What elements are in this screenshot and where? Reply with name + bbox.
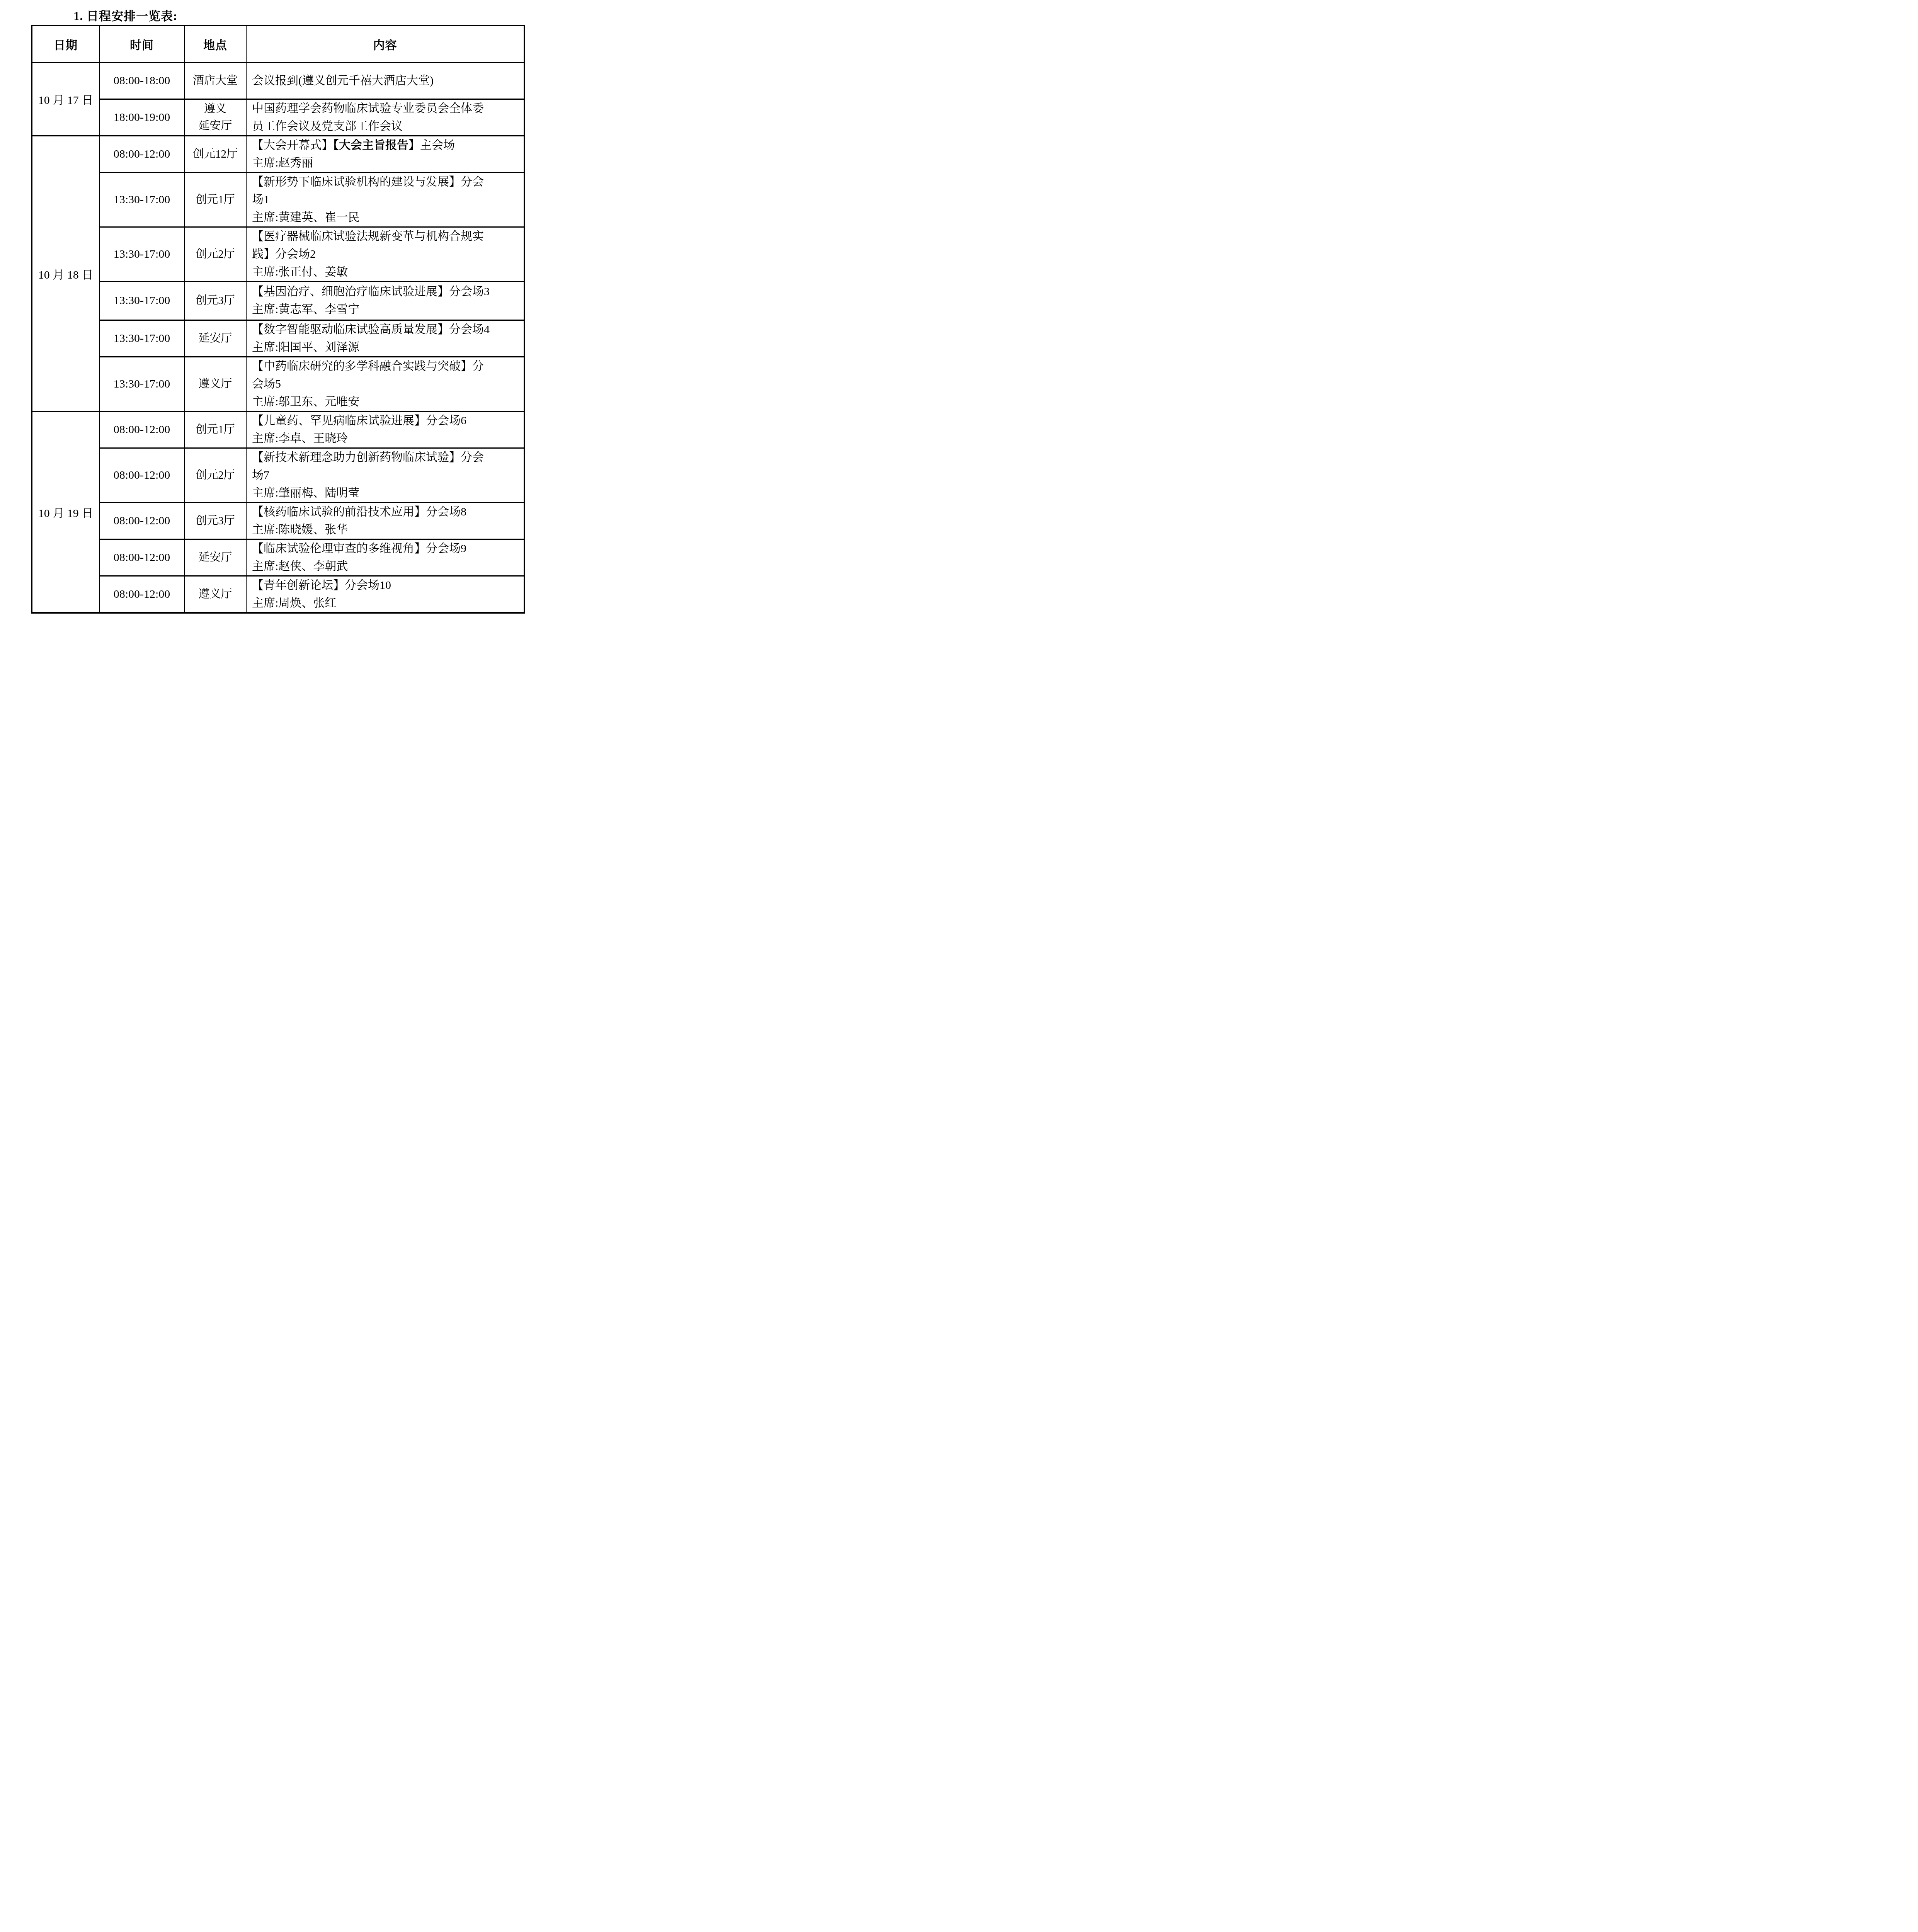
content-cell: 【数字智能驱动临床试验高质量发展】分会场4 主席:阳国平、刘泽源 <box>246 320 524 357</box>
location-cell: 遵义厅 <box>184 357 246 411</box>
table-row: 08:00-12:00 创元3厅 【核药临床试验的前沿技术应用】分会场8 主席:… <box>32 502 524 539</box>
table-row: 10 月 17 日 08:00-18:00 酒店大堂 会议报到(遵义创元千禧大酒… <box>32 62 524 99</box>
header-location: 地点 <box>184 26 246 62</box>
time-cell: 13:30-17:00 <box>99 320 184 357</box>
location-cell: 延安厅 <box>184 320 246 357</box>
content-cell: 【新形势下临床试验机构的建设与发展】分会 场1 主席:黄建英、崔一民 <box>246 172 524 227</box>
table-row: 13:30-17:00 创元1厅 【新形势下临床试验机构的建设与发展】分会 场1… <box>32 172 524 227</box>
location-cell: 创元1厅 <box>184 172 246 227</box>
content-cell: 【儿童药、罕见病临床试验进展】分会场6 主席:李卓、王晓玲 <box>246 411 524 448</box>
location-cell: 遵义 延安厅 <box>184 99 246 136</box>
date-cell-oct19: 10 月 19 日 <box>32 411 99 613</box>
time-cell: 13:30-17:00 <box>99 227 184 281</box>
content-cell: 中国药理学会药物临床试验专业委员会全体委 员工作会议及党支部工作会议 <box>246 99 524 136</box>
location-cell: 延安厅 <box>184 539 246 576</box>
time-cell: 13:30-17:00 <box>99 357 184 411</box>
time-cell: 08:00-18:00 <box>99 62 184 99</box>
header-date: 日期 <box>32 26 99 62</box>
time-cell: 08:00-12:00 <box>99 576 184 613</box>
content-cell: 【临床试验伦理审查的多维视角】分会场9 主席:赵侠、李朝武 <box>246 539 524 576</box>
header-time: 时间 <box>99 26 184 62</box>
table-row: 13:30-17:00 创元3厅 【基因治疗、细胞治疗临床试验进展】分会场3 主… <box>32 281 524 320</box>
time-cell: 08:00-12:00 <box>99 502 184 539</box>
table-row: 08:00-12:00 遵义厅 【青年创新论坛】分会场10 主席:周焕、张红 <box>32 576 524 613</box>
location-cell: 创元1厅 <box>184 411 246 448</box>
location-cell: 创元3厅 <box>184 281 246 320</box>
content-cell: 【核药临床试验的前沿技术应用】分会场8 主席:陈晓媛、张华 <box>246 502 524 539</box>
time-cell: 13:30-17:00 <box>99 172 184 227</box>
table-row: 13:30-17:00 创元2厅 【医疗器械临床试验法规新变革与机构合规实 践】… <box>32 227 524 281</box>
content-cell: 会议报到(遵义创元千禧大酒店大堂) <box>246 62 524 99</box>
table-row: 10 月 19 日 08:00-12:00 创元1厅 【儿童药、罕见病临床试验进… <box>32 411 524 448</box>
content-cell: 【青年创新论坛】分会场10 主席:周焕、张红 <box>246 576 524 613</box>
time-cell: 08:00-12:00 <box>99 539 184 576</box>
document-page: 1. 日程安排一览表: 日期 时间 地点 内容 10 月 17 日 08:00-… <box>0 0 528 614</box>
content-text: 【大会开幕式】 <box>252 139 333 151</box>
time-cell: 08:00-12:00 <box>99 136 184 172</box>
table-header-row: 日期 时间 地点 内容 <box>32 26 524 62</box>
date-cell-oct17: 10 月 17 日 <box>32 62 99 136</box>
content-cell: 【大会开幕式】【大会主旨报告】主会场 主席:赵秀丽 <box>246 136 524 172</box>
time-cell: 13:30-17:00 <box>99 281 184 320</box>
table-row: 08:00-12:00 延安厅 【临床试验伦理审查的多维视角】分会场9 主席:赵… <box>32 539 524 576</box>
location-cell: 创元12厅 <box>184 136 246 172</box>
content-cell: 【医疗器械临床试验法规新变革与机构合规实 践】分会场2 主席:张正付、姜敏 <box>246 227 524 281</box>
header-content: 内容 <box>246 26 524 62</box>
time-cell: 08:00-12:00 <box>99 411 184 448</box>
page-title: 1. 日程安排一览表: <box>0 0 528 19</box>
table-row: 13:30-17:00 遵义厅 【中药临床研究的多学科融合实践与突破】分 会场5… <box>32 357 524 411</box>
location-cell: 创元2厅 <box>184 448 246 502</box>
time-cell: 18:00-19:00 <box>99 99 184 136</box>
time-cell: 08:00-12:00 <box>99 448 184 502</box>
table-row: 10 月 18 日 08:00-12:00 创元12厅 【大会开幕式】【大会主旨… <box>32 136 524 172</box>
schedule-table: 日期 时间 地点 内容 10 月 17 日 08:00-18:00 酒店大堂 会… <box>31 25 525 614</box>
date-cell-oct18: 10 月 18 日 <box>32 136 99 411</box>
table-row: 13:30-17:00 延安厅 【数字智能驱动临床试验高质量发展】分会场4 主席… <box>32 320 524 357</box>
content-cell: 【中药临床研究的多学科融合实践与突破】分 会场5 主席:邬卫东、元唯安 <box>246 357 524 411</box>
location-cell: 酒店大堂 <box>184 62 246 99</box>
table-row: 08:00-12:00 创元2厅 【新技术新理念助力创新药物临床试验】分会 场7… <box>32 448 524 502</box>
content-text-bold: 【大会主旨报告】 <box>333 139 420 151</box>
location-cell: 创元2厅 <box>184 227 246 281</box>
location-cell: 创元3厅 <box>184 502 246 539</box>
content-cell: 【基因治疗、细胞治疗临床试验进展】分会场3 主席:黄志军、李雪宁 <box>246 281 524 320</box>
table-row: 18:00-19:00 遵义 延安厅 中国药理学会药物临床试验专业委员会全体委 … <box>32 99 524 136</box>
content-cell: 【新技术新理念助力创新药物临床试验】分会 场7 主席:肇丽梅、陆明莹 <box>246 448 524 502</box>
location-cell: 遵义厅 <box>184 576 246 613</box>
